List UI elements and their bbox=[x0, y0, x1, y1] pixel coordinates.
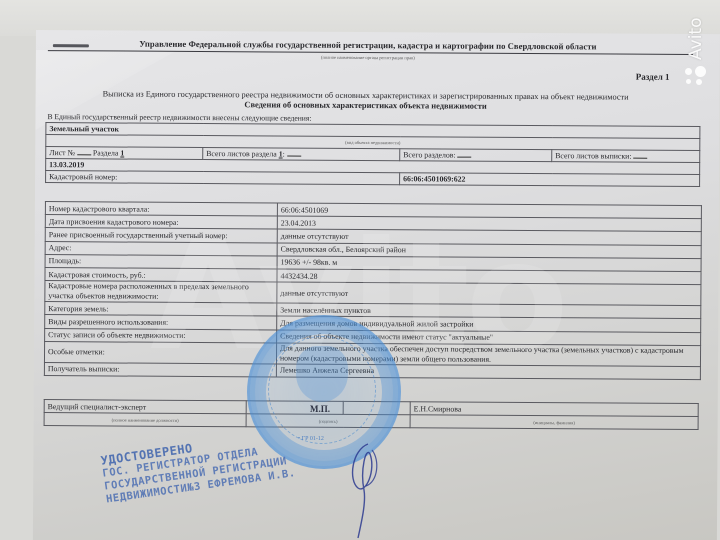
avito-logo: Avito bbox=[683, 8, 713, 86]
avito-dot-icon bbox=[695, 66, 706, 77]
property-label: Особые отметки: bbox=[44, 341, 276, 363]
property-label: Получатель выписки: bbox=[44, 362, 276, 377]
avito-dot-icon bbox=[686, 79, 691, 84]
intro-text: В Единый государственный реестр недвижим… bbox=[47, 112, 311, 123]
total-sections-cell: Всего разделов: bbox=[400, 149, 552, 162]
sheet-number-cell: Лист № Раздела 1 bbox=[46, 147, 203, 160]
signature-hint: (подпись) bbox=[246, 414, 410, 428]
properties-table: Номер кадастрового квартала:66:06:450106… bbox=[44, 201, 702, 380]
section-of-value: 1 bbox=[120, 149, 124, 158]
object-header-table: Земельный участок (вид объекта недвижимо… bbox=[45, 122, 700, 187]
cadastral-number: 66:06:4501069:622 bbox=[400, 173, 700, 187]
cadastral-number-label: Кадастровый номер: bbox=[46, 171, 400, 185]
name-hint: (инициалы, фамилия) bbox=[410, 415, 698, 430]
table-row: Получатель выписки:Лемешко Анжела Сергее… bbox=[44, 362, 700, 379]
avito-dot-icon bbox=[685, 68, 692, 75]
position-hint: (полное наименование должности) bbox=[44, 413, 246, 427]
avito-brand-text: Avito bbox=[686, 18, 706, 60]
signature-table: Ведущий специалист-эксперт Е.Н.Смирнова … bbox=[44, 399, 699, 430]
section-label: Раздел 1 bbox=[636, 72, 670, 82]
sheet-label: Лист № bbox=[49, 148, 75, 157]
property-value: Лемешко Анжела Сергеевна bbox=[276, 364, 700, 380]
property-label: Кадастровые номера расположенных в преде… bbox=[45, 281, 277, 303]
total-sheets-section-value: 1 bbox=[279, 149, 283, 158]
property-value: Для данного земельного участка обеспечен… bbox=[276, 343, 700, 367]
total-sheets-extract-cell: Всего листов выписки: bbox=[552, 150, 700, 163]
avito-dot-icon bbox=[696, 79, 702, 85]
property-value: данные отсутствуют bbox=[277, 282, 701, 306]
official-position: Ведущий специалист-эксперт bbox=[44, 400, 246, 414]
section-of-label: Раздела bbox=[93, 148, 119, 157]
